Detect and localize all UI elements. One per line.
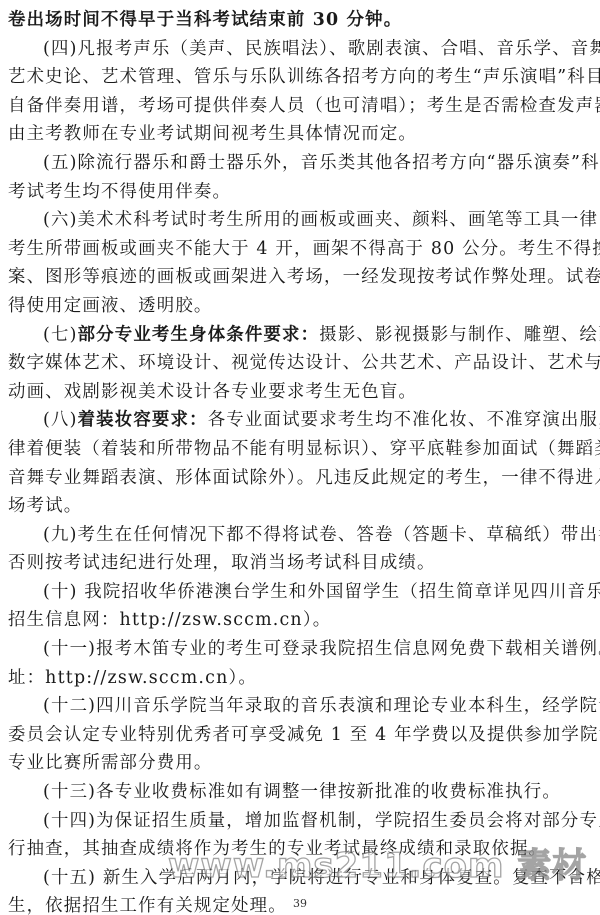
paragraph-7: (七)部分专业考生身体条件要求：摄影、影视摄影与制作、雕塑、绘画、: [8, 321, 592, 350]
text-line: 专业比赛所需部分费用。: [8, 749, 592, 778]
paragraph-number: (七): [43, 325, 78, 345]
paragraph-10: (十) 我院招收华侨港澳台学生和外国留学生（招生简章详见四川音乐学院: [8, 578, 592, 607]
text-line: 律着便装（着装和所带物品不能有明显标识）、穿平底鞋参加面试（舞蹈类和: [8, 435, 592, 464]
text-line: 动画、戏剧影视美术设计各专业要求考生无色盲。: [8, 378, 592, 407]
bold-heading: 部分专业考生身体条件要求：: [78, 325, 320, 345]
paragraph-15: (十五) 新生入学后两月内，学院将进行专业和身体复查。复查不合格的学: [8, 864, 592, 893]
text-line: 数字媒体艺术、环境设计、视觉传达设计、公共艺术、产品设计、艺术与科技、: [8, 349, 592, 378]
text-line: 行抽查，其抽查成绩将作为考生的专业考试最终成绩和录取依据。: [8, 835, 592, 864]
paragraph-5: (五)除流行器乐和爵士器乐外，音乐类其他各招考方向“器乐演奏”科目: [8, 149, 592, 178]
paragraph-text: 摄影、影视摄影与制作、雕塑、绘画、: [319, 325, 600, 345]
text-line: 自备伴奏用谱，考场可提供伴奏人员（也可清唱）；考生是否需检查发声器官，: [8, 92, 592, 121]
text-line: 得使用定画液、透明胶。: [8, 292, 592, 321]
paragraph-9: (九)考生在任何情况下都不得将试卷、答卷（答题卡、草稿纸）带出考场，: [8, 521, 592, 550]
text-line: 案、图形等痕迹的画板或画架进入考场，一经发现按考试作弊处理。试卷上不: [8, 263, 592, 292]
text-line: 考生所带画板或画夹不能大于 4 开，画架不得高于 80 公分。考生不得携带有图: [8, 235, 592, 264]
document-page: 卷出场时间不得早于当科考试结束前 30 分钟。 (四)凡报考声乐（美声、民族唱法…: [8, 6, 592, 915]
text-line: 考试考生均不得使用伴奏。: [8, 178, 592, 207]
paragraph-number: (八): [43, 410, 78, 430]
text-line: 音舞专业舞蹈表演、形体面试除外）。凡违反此规定的考生，一律不得进入考: [8, 464, 592, 493]
paragraph-12: (十二)四川音乐学院当年录取的音乐表演和理论专业本科生，经学院专家: [8, 692, 592, 721]
paragraph-text: 各专业面试要求考生均不准化妆、不准穿演出服，一: [208, 410, 600, 430]
text-line: 卷出场时间不得早于当科考试结束前 30 分钟。: [8, 6, 592, 35]
paragraph-8: (八)着装妆容要求：各专业面试要求考生均不准化妆、不准穿演出服，一: [8, 406, 592, 435]
page-number: 39: [0, 897, 600, 910]
text-line: 招生信息网：http://zsw.sccm.cn）。: [8, 606, 592, 635]
paragraph-6: (六)美术术科考试时考生所用的画板或画夹、颜料、画笔等工具一律自带。: [8, 206, 592, 235]
text-line: 场考试。: [8, 492, 592, 521]
paragraph-14: (十四)为保证招生质量，增加监督机制，学院招生委员会将对部分专业进: [8, 807, 592, 836]
text-line: 址：http://zsw.sccm.cn）。: [8, 664, 592, 693]
paragraph-11: (十一)报考木笛专业的考生可登录我院招生信息网免费下载相关谱例。(网: [8, 635, 592, 664]
text-line: 由主考教师在专业考试期间视考生具体情况而定。: [8, 120, 592, 149]
paragraph-13: (十三)各专业收费标准如有调整一律按新批准的收费标准执行。: [8, 778, 592, 807]
paragraph-4: (四)凡报考声乐（美声、民族唱法）、歌剧表演、合唱、音乐学、音舞、: [8, 35, 592, 64]
text-line: 否则按考试违纪进行处理，取消当场考试科目成绩。: [8, 549, 592, 578]
text-line: 艺术史论、艺术管理、管乐与乐队训练各招考方向的考生“声乐演唱”科目需: [8, 63, 592, 92]
text-line: 委员会认定专业特别优秀者可享受减免 1 至 4 年学费以及提供参加学院认可的: [8, 721, 592, 750]
bold-heading: 着装妆容要求：: [78, 410, 208, 430]
